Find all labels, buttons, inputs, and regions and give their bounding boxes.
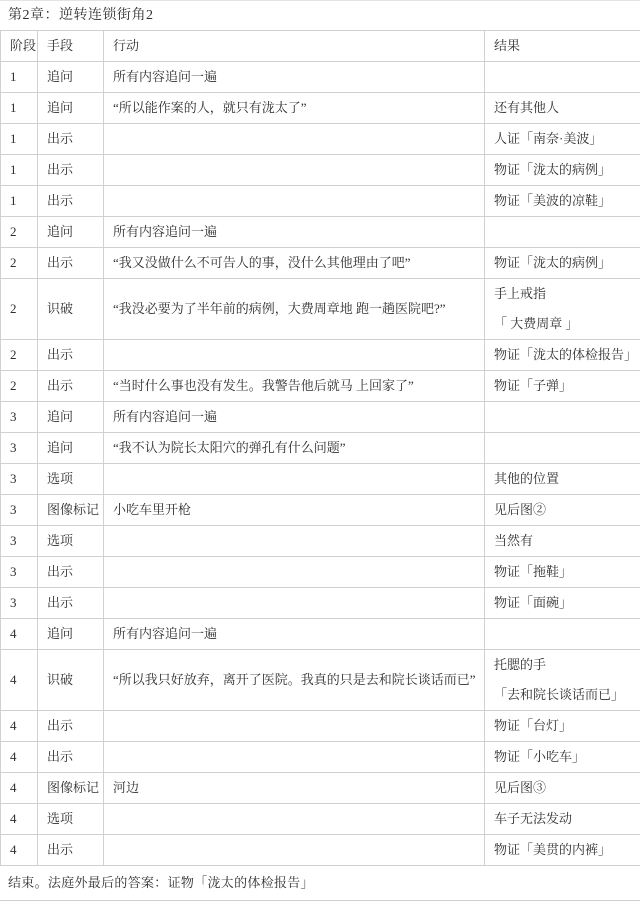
method-cell: 识破 bbox=[38, 279, 104, 340]
method-cell: 出示 bbox=[38, 124, 104, 155]
stage-cell: 1 bbox=[1, 62, 38, 93]
column-header-action: 行动 bbox=[104, 31, 485, 62]
result-line: 「 大费周章 」 bbox=[494, 316, 631, 332]
method-cell: 追问 bbox=[38, 619, 104, 650]
action-cell: “我没必要为了半年前的病例，大费周章地 跑一趟医院吧?” bbox=[104, 279, 485, 340]
method-cell: 追问 bbox=[38, 433, 104, 464]
result-cell: 物证「子弹」 bbox=[485, 371, 640, 402]
stage-cell: 2 bbox=[1, 279, 38, 340]
action-cell bbox=[104, 186, 485, 217]
stage-cell: 2 bbox=[1, 248, 38, 279]
table-row: 3 出示 物证「面碗」 bbox=[1, 588, 640, 619]
action-cell: “所以能作案的人，就只有泷太了” bbox=[104, 93, 485, 124]
table-row: 2 识破 “我没必要为了半年前的病例，大费周章地 跑一趟医院吧?” 手上戒指「 … bbox=[1, 279, 640, 340]
action-cell bbox=[104, 124, 485, 155]
result-line: 物证「美贯的内裤」 bbox=[494, 842, 631, 858]
result-line: 物证「面碗」 bbox=[494, 595, 631, 611]
method-cell: 图像标记 bbox=[38, 773, 104, 804]
result-line: 物证「泷太的体检报告」 bbox=[494, 347, 631, 363]
stage-cell: 1 bbox=[1, 93, 38, 124]
result-cell bbox=[485, 619, 640, 650]
result-line: 物证「美波的凉鞋」 bbox=[494, 193, 631, 209]
method-cell: 出示 bbox=[38, 186, 104, 217]
table-row: 4 出示 物证「台灯」 bbox=[1, 711, 640, 742]
column-header-result: 结果 bbox=[485, 31, 640, 62]
result-cell: 物证「美波的凉鞋」 bbox=[485, 186, 640, 217]
page: 第2章：逆转连锁街角2 阶段 手段 行动 结果 1 追问 所有内容追问一遍 1 … bbox=[0, 0, 640, 906]
table-row: 3 出示 物证「拖鞋」 bbox=[1, 557, 640, 588]
stage-cell: 4 bbox=[1, 835, 38, 866]
method-cell: 出示 bbox=[38, 588, 104, 619]
stage-cell: 4 bbox=[1, 773, 38, 804]
method-cell: 出示 bbox=[38, 557, 104, 588]
result-cell: 物证「面碗」 bbox=[485, 588, 640, 619]
table-row: 4 出示 物证「小吃车」 bbox=[1, 742, 640, 773]
column-header-method: 手段 bbox=[38, 31, 104, 62]
table-row: 3 追问 所有内容追问一遍 bbox=[1, 402, 640, 433]
result-line: 物证「拖鞋」 bbox=[494, 564, 631, 580]
method-cell: 选项 bbox=[38, 464, 104, 495]
table-row: 1 出示 物证「美波的凉鞋」 bbox=[1, 186, 640, 217]
stage-cell: 2 bbox=[1, 371, 38, 402]
result-cell bbox=[485, 433, 640, 464]
column-header-stage: 阶段 bbox=[1, 31, 38, 62]
action-cell: 所有内容追问一遍 bbox=[104, 217, 485, 248]
table-body: 1 追问 所有内容追问一遍 1 追问 “所以能作案的人，就只有泷太了” 还有其他… bbox=[1, 62, 640, 866]
result-cell bbox=[485, 62, 640, 93]
walkthrough-table: 阶段 手段 行动 结果 1 追问 所有内容追问一遍 1 追问 “所以能作案的人，… bbox=[0, 30, 640, 866]
action-cell: “我不认为院长太阳穴的弹孔有什么问题” bbox=[104, 433, 485, 464]
result-cell: 物证「泷太的病例」 bbox=[485, 248, 640, 279]
action-cell bbox=[104, 155, 485, 186]
result-line: 其他的位置 bbox=[494, 471, 631, 487]
result-cell: 物证「美贯的内裤」 bbox=[485, 835, 640, 866]
result-line: 当然有 bbox=[494, 533, 631, 549]
stage-cell: 3 bbox=[1, 402, 38, 433]
table-row: 2 追问 所有内容追问一遍 bbox=[1, 217, 640, 248]
method-cell: 追问 bbox=[38, 217, 104, 248]
stage-cell: 4 bbox=[1, 804, 38, 835]
method-cell: 出示 bbox=[38, 155, 104, 186]
result-cell: 还有其他人 bbox=[485, 93, 640, 124]
action-cell bbox=[104, 742, 485, 773]
result-line: 还有其他人 bbox=[494, 100, 631, 116]
result-cell: 物证「泷太的体检报告」 bbox=[485, 340, 640, 371]
result-cell: 物证「拖鞋」 bbox=[485, 557, 640, 588]
action-cell: “所以我只好放弃，离开了医院。我真的只是去和院长谈话而已” bbox=[104, 650, 485, 711]
table-row: 4 出示 物证「美贯的内裤」 bbox=[1, 835, 640, 866]
result-cell: 车子无法发动 bbox=[485, 804, 640, 835]
table-row: 2 出示 物证「泷太的体检报告」 bbox=[1, 340, 640, 371]
table-row: 2 出示 “当时什么事也没有发生。我警告他后就马 上回家了” 物证「子弹」 bbox=[1, 371, 640, 402]
result-line: 手上戒指 bbox=[494, 286, 631, 302]
action-cell bbox=[104, 464, 485, 495]
action-cell bbox=[104, 835, 485, 866]
result-cell: 当然有 bbox=[485, 526, 640, 557]
result-cell: 其他的位置 bbox=[485, 464, 640, 495]
stage-cell: 3 bbox=[1, 588, 38, 619]
result-line: 人证「南奈·美波」 bbox=[494, 131, 631, 147]
table-row: 1 追问 所有内容追问一遍 bbox=[1, 62, 640, 93]
table-row: 2 出示 “我又没做什么不可告人的事，没什么其他理由了吧” 物证「泷太的病例」 bbox=[1, 248, 640, 279]
stage-cell: 2 bbox=[1, 340, 38, 371]
method-cell: 追问 bbox=[38, 62, 104, 93]
result-line: 物证「子弹」 bbox=[494, 378, 631, 394]
table-row: 1 出示 物证「泷太的病例」 bbox=[1, 155, 640, 186]
result-line: 见后图② bbox=[494, 502, 631, 518]
page-title: 第2章：逆转连锁街角2 bbox=[0, 1, 640, 30]
method-cell: 出示 bbox=[38, 711, 104, 742]
result-cell: 物证「台灯」 bbox=[485, 711, 640, 742]
method-cell: 出示 bbox=[38, 340, 104, 371]
table-row: 4 识破 “所以我只好放弃，离开了医院。我真的只是去和院长谈话而已” 托腮的手「… bbox=[1, 650, 640, 711]
method-cell: 追问 bbox=[38, 93, 104, 124]
result-cell bbox=[485, 217, 640, 248]
action-cell bbox=[104, 557, 485, 588]
method-cell: 选项 bbox=[38, 526, 104, 557]
action-cell: 所有内容追问一遍 bbox=[104, 402, 485, 433]
result-line: 「去和院长谈话而已」 bbox=[494, 687, 631, 703]
table-row: 3 图像标记 小吃车里开枪 见后图② bbox=[1, 495, 640, 526]
result-cell: 手上戒指「 大费周章 」 bbox=[485, 279, 640, 340]
stage-cell: 4 bbox=[1, 711, 38, 742]
table-row: 4 选项 车子无法发动 bbox=[1, 804, 640, 835]
result-line: 托腮的手 bbox=[494, 657, 631, 673]
stage-cell: 2 bbox=[1, 217, 38, 248]
result-cell bbox=[485, 402, 640, 433]
method-cell: 追问 bbox=[38, 402, 104, 433]
stage-cell: 1 bbox=[1, 186, 38, 217]
table-header-row: 阶段 手段 行动 结果 bbox=[1, 31, 640, 62]
result-cell: 物证「泷太的病例」 bbox=[485, 155, 640, 186]
stage-cell: 4 bbox=[1, 650, 38, 711]
action-cell bbox=[104, 588, 485, 619]
action-cell bbox=[104, 340, 485, 371]
result-cell: 物证「小吃车」 bbox=[485, 742, 640, 773]
table-row: 4 追问 所有内容追问一遍 bbox=[1, 619, 640, 650]
action-cell: 所有内容追问一遍 bbox=[104, 62, 485, 93]
method-cell: 图像标记 bbox=[38, 495, 104, 526]
result-line: 物证「泷太的病例」 bbox=[494, 255, 631, 271]
stage-cell: 4 bbox=[1, 742, 38, 773]
stage-cell: 1 bbox=[1, 155, 38, 186]
stage-cell: 4 bbox=[1, 619, 38, 650]
table-row: 4 图像标记 河边 见后图③ bbox=[1, 773, 640, 804]
stage-cell: 3 bbox=[1, 433, 38, 464]
table-footer: 结束。法庭外最后的答案：证物「泷太的体检报告」 bbox=[0, 866, 640, 901]
table-row: 1 出示 人证「南奈·美波」 bbox=[1, 124, 640, 155]
method-cell: 出示 bbox=[38, 742, 104, 773]
result-cell: 见后图② bbox=[485, 495, 640, 526]
action-cell: 河边 bbox=[104, 773, 485, 804]
table-row: 3 选项 当然有 bbox=[1, 526, 640, 557]
method-cell: 选项 bbox=[38, 804, 104, 835]
action-cell bbox=[104, 526, 485, 557]
method-cell: 出示 bbox=[38, 371, 104, 402]
result-line: 见后图③ bbox=[494, 780, 631, 796]
stage-cell: 3 bbox=[1, 557, 38, 588]
result-line: 车子无法发动 bbox=[494, 811, 631, 827]
action-cell: 所有内容追问一遍 bbox=[104, 619, 485, 650]
method-cell: 识破 bbox=[38, 650, 104, 711]
action-cell bbox=[104, 804, 485, 835]
table-row: 1 追问 “所以能作案的人，就只有泷太了” 还有其他人 bbox=[1, 93, 640, 124]
action-cell: “我又没做什么不可告人的事，没什么其他理由了吧” bbox=[104, 248, 485, 279]
action-cell: 小吃车里开枪 bbox=[104, 495, 485, 526]
result-line: 物证「泷太的病例」 bbox=[494, 162, 631, 178]
result-cell: 托腮的手「去和院长谈话而已」 bbox=[485, 650, 640, 711]
table-row: 3 选项 其他的位置 bbox=[1, 464, 640, 495]
result-line: 物证「小吃车」 bbox=[494, 749, 631, 765]
method-cell: 出示 bbox=[38, 835, 104, 866]
table-row: 3 追问 “我不认为院长太阳穴的弹孔有什么问题” bbox=[1, 433, 640, 464]
result-cell: 见后图③ bbox=[485, 773, 640, 804]
stage-cell: 3 bbox=[1, 495, 38, 526]
action-cell: “当时什么事也没有发生。我警告他后就马 上回家了” bbox=[104, 371, 485, 402]
method-cell: 出示 bbox=[38, 248, 104, 279]
stage-cell: 3 bbox=[1, 464, 38, 495]
action-cell bbox=[104, 711, 485, 742]
stage-cell: 1 bbox=[1, 124, 38, 155]
stage-cell: 3 bbox=[1, 526, 38, 557]
result-line: 物证「台灯」 bbox=[494, 718, 631, 734]
result-cell: 人证「南奈·美波」 bbox=[485, 124, 640, 155]
